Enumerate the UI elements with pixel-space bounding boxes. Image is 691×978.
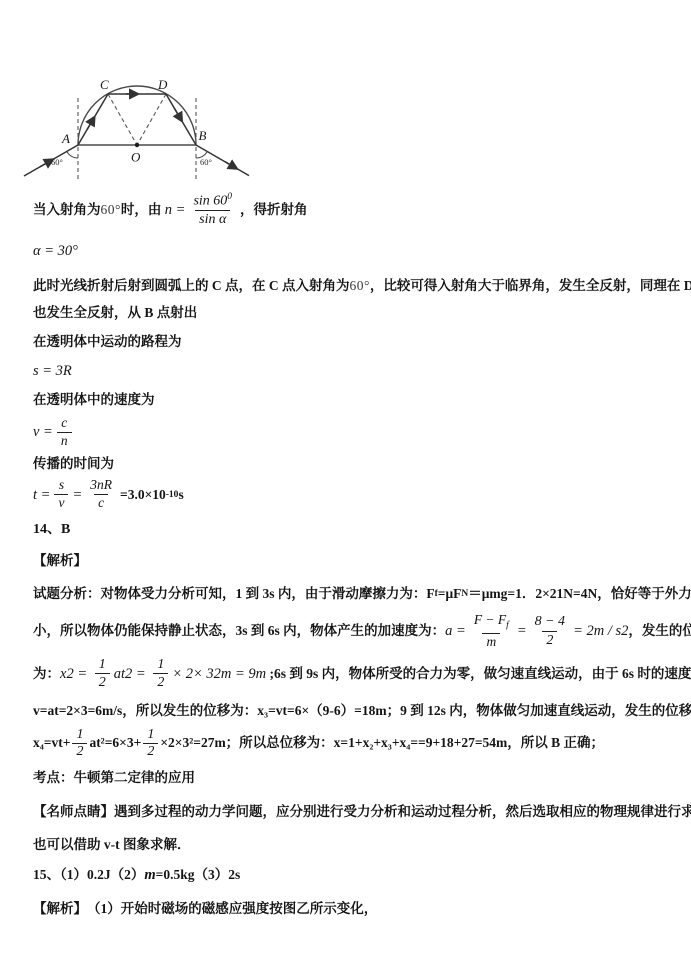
- snell-num-sup: 0: [227, 192, 232, 202]
- sol14-l5a: x₄=vt+: [33, 733, 70, 753]
- formula-x2-mult-sup: 2: [214, 664, 221, 684]
- line-alpha-result: α = 30°: [33, 241, 681, 261]
- fraction-time-1: sv: [54, 477, 68, 512]
- sol14-l2a: 小，所以物体仍能保持静止状态，3s 到 6s 内，物体产生的加速度为：: [33, 621, 445, 641]
- formula-x2-result: m = 9m: [221, 664, 266, 684]
- line-total-reflection-2: 也发生全反射，从 B 点射出: [33, 299, 681, 326]
- line-jiexi-14: 【解析】: [33, 551, 681, 571]
- semicircle-refraction-figure: C D A B O 60° 60°: [6, 48, 266, 193]
- text-incident-angle-pre: 当入射角为: [33, 200, 101, 220]
- angle-label-left: 60°: [51, 157, 63, 167]
- formula-x2-at-sup: 2: [125, 664, 132, 684]
- text-speed-label: 在透明体中的速度为: [33, 390, 155, 410]
- line-jiexi-15: 【解析】（1）开始时磁场的磁感应强度按图乙所示变化，: [33, 899, 681, 919]
- value-incident-angle: 60°: [101, 200, 121, 220]
- formula-a-result-sup: 2: [621, 621, 628, 641]
- point-label-d: D: [157, 77, 168, 92]
- answer-15-mass-var: m: [144, 865, 155, 885]
- fraction-accel-2: 8 − 42: [531, 613, 569, 649]
- fraction-half-2: 12: [153, 656, 168, 692]
- answer-15-b: =0.5kg（3）2s: [156, 865, 241, 885]
- half3-num: 1: [72, 727, 87, 743]
- formula-x2-mult: × 2× 3: [172, 664, 213, 684]
- radius-dashed-co: [108, 94, 137, 145]
- angle-arc-a: [67, 152, 78, 159]
- fraction-half-1: 12: [95, 656, 110, 692]
- snell-denominator: sin α: [195, 210, 230, 229]
- fraction-half-3: 12: [72, 727, 87, 760]
- point-label-a: A: [61, 131, 70, 146]
- fraction-snell: sin 600sin α: [189, 192, 236, 229]
- formula-a-lhs: a =: [445, 621, 466, 641]
- sol14-l3b: ;6s 到 9s 内，物体所受的合力为零，做匀速直线运动，由于 6s 时的速度为…: [266, 664, 691, 684]
- text-time-label: 传播的时间为: [33, 454, 114, 474]
- formula-n-lhs: n =: [165, 200, 186, 220]
- center-dot-o: [135, 143, 139, 147]
- sol14-l1c: ＝μmg=1．2×21N=4N，恰好等于外力 F 大: [468, 584, 691, 604]
- fraction-time-2: 3nRc: [86, 477, 116, 512]
- sol14-l1-sub-n: N: [461, 584, 468, 604]
- sol14-line4: v=at=2×3=6m/s，所以发生的位移为：x₃=vt=6×（9-6）=18m…: [33, 701, 681, 721]
- half4-den: 2: [143, 743, 158, 760]
- ray-ac-arrow: [87, 117, 95, 130]
- accel-frac2-num: 8 − 4: [531, 613, 569, 631]
- half3-den: 2: [72, 743, 87, 760]
- text-incident-angle-post: ，得折射角: [240, 200, 308, 220]
- text-total-reflection-a: 此时光线折射后射到圆弧上的 C 点，在 C 点入射角为: [33, 272, 350, 299]
- line-refraction-law: 当入射角为60°时，由 n = sin 600sin α ，得折射角: [33, 192, 681, 229]
- line-speed-label: 在透明体中的速度为: [33, 390, 681, 410]
- value-time-exponent: -10: [166, 485, 179, 505]
- line-total-reflection-1: 此时光线折射后射到圆弧上的 C 点，在 C 点入射角为60°，比较可得入射角大于…: [33, 272, 681, 299]
- document-page: C D A B O 60° 60° 当入射角为60°时，由 n = sin 60…: [0, 0, 691, 978]
- formula-a-result: = 2m / s: [573, 621, 621, 641]
- formula-t-eq: =: [72, 485, 82, 505]
- snell-num-text: sin 60: [193, 194, 227, 209]
- jiexi-15-rest: （1）开始时磁场的磁感应强度按图乙所示变化，: [87, 899, 377, 919]
- line-answer-14: 14、B: [33, 520, 681, 540]
- tip2-text: 也可以借助 v-t 图象求解．: [33, 835, 191, 855]
- time-frac1-num: s: [55, 477, 68, 494]
- point-label-b: B: [199, 128, 207, 143]
- fraction-speed: cn: [57, 415, 72, 450]
- radius-dashed-do: [137, 94, 166, 145]
- accel-frac1-num: F − Ff: [470, 612, 513, 633]
- jiexi-15-tag: 【解析】: [33, 899, 87, 919]
- exit-ray-arrow: [225, 162, 237, 169]
- optics-ray-diagram: C D A B O 60° 60°: [6, 48, 266, 193]
- half1-den: 2: [95, 673, 110, 692]
- speed-numerator: c: [57, 415, 71, 432]
- sol14-line1: 试题分析：对物体受力分析可知，1 到 3s 内，由于滑动摩擦力为：Ff=μFN＝…: [33, 584, 681, 604]
- line-answer-15: 15、（1）0.2J（2）m=0.5kg（3）2s: [33, 865, 681, 885]
- text-total-reflection-c: 也发生全反射，从 B 点射出: [33, 299, 197, 326]
- point-label-c: C: [100, 77, 109, 92]
- half4-num: 1: [143, 727, 158, 743]
- sol14-line2: 小，所以物体仍能保持静止状态，3s 到 6s 内，物体产生的加速度为：a = F…: [33, 612, 681, 650]
- value-c-angle: 60°: [350, 272, 370, 299]
- sol14-l1b: =μF: [438, 584, 462, 604]
- angle-label-right: 60°: [200, 157, 212, 167]
- formula-x2-eq1: =: [74, 664, 91, 684]
- accel-frac1-num-text: F − F: [474, 612, 506, 627]
- line-tip-1: 【名师点睛】遇到多过程的动力学问题，应分别进行受力分析和运动过程分析，然后选取相…: [33, 802, 681, 822]
- solution-text-column: 当入射角为60°时，由 n = sin 600sin α ，得折射角 α = 3…: [33, 190, 681, 919]
- accel-frac2-den: 2: [542, 631, 557, 650]
- line-tip-2: 也可以借助 v-t 图象求解．: [33, 835, 681, 855]
- sol14-l5c: ×2×3²=27m；所以总位移为：x=1+x₂+x₃+x₄==9+18+27=5…: [160, 733, 604, 753]
- line-path-value: s = 3R: [33, 361, 681, 381]
- sol14-l2b: ，发生的位移: [628, 621, 691, 641]
- time-frac1-den: v: [54, 494, 68, 512]
- text-incident-angle-mid: 时，由: [121, 200, 165, 220]
- answer-15-a: 15、（1）0.2J（2）: [33, 865, 144, 885]
- line-time-formula: t = sv = 3nRc =3.0×10-10s: [33, 477, 681, 512]
- answer-14-text: 14、B: [33, 520, 70, 540]
- fraction-half-4: 12: [143, 727, 158, 760]
- time-frac2-num: 3nR: [86, 477, 116, 494]
- half2-num: 1: [153, 656, 168, 674]
- accel-frac1-den: m: [482, 633, 500, 651]
- kaodian-text: 考点：牛顿第二定律的应用: [33, 768, 195, 788]
- line-kaodian: 考点：牛顿第二定律的应用: [33, 768, 681, 788]
- sol14-line5: x₄=vt+ 12 at²=6×3+ 12 ×2×3²=27m；所以总位移为：x…: [33, 727, 681, 760]
- point-label-o: O: [131, 150, 141, 165]
- tip1-text: 【名师点睛】遇到多过程的动力学问题，应分别进行受力分析和运动过程分析，然后选取相…: [33, 802, 691, 822]
- line-path-label: 在透明体中运动的路程为: [33, 332, 681, 352]
- formula-x2-at: at: [114, 664, 125, 684]
- sol14-l5b: at²=6×3+: [89, 733, 141, 753]
- sol14-l3a: 为：: [33, 664, 60, 684]
- time-frac2-den: c: [94, 494, 108, 512]
- value-refraction-angle: α = 30°: [33, 241, 78, 261]
- jiexi-14-tag: 【解析】: [33, 551, 87, 571]
- ray-db-arrow: [174, 108, 182, 122]
- fraction-accel-1: F − Ffm: [470, 612, 513, 650]
- text-total-reflection-b: ，比较可得入射角大于临界角，发生全反射，同理在 D 点: [370, 272, 691, 299]
- line-speed-formula: v = cn: [33, 415, 681, 450]
- sol14-l4: v=at=2×3=6m/s，所以发生的位移为：x₃=vt=6×（9-6）=18m…: [33, 701, 691, 721]
- snell-numerator: sin 600: [189, 192, 236, 210]
- line-time-label: 传播的时间为: [33, 454, 681, 474]
- formula-path-length: s = 3R: [33, 361, 72, 381]
- formula-v-lhs: v =: [33, 422, 53, 442]
- value-time-result: =3.0×10: [120, 485, 166, 505]
- half2-den: 2: [153, 673, 168, 692]
- value-time-unit: s: [178, 485, 183, 505]
- sol14-line3: 为：x2 = 12 at2 = 12 × 2× 32m = 9m ;6s 到 9…: [33, 656, 681, 692]
- formula-t-lhs: t =: [33, 485, 50, 505]
- text-path-label: 在透明体中运动的路程为: [33, 332, 182, 352]
- formula-x2-eq2: =: [132, 664, 149, 684]
- formula-a-eq: =: [517, 621, 527, 641]
- accel-frac1-num-sub: f: [506, 621, 509, 631]
- half1-num: 1: [95, 656, 110, 674]
- speed-denominator: n: [57, 432, 72, 450]
- sol14-l1a: 试题分析：对物体受力分析可知，1 到 3s 内，由于滑动摩擦力为：F: [33, 584, 435, 604]
- formula-x2-sub: 2: [66, 664, 73, 684]
